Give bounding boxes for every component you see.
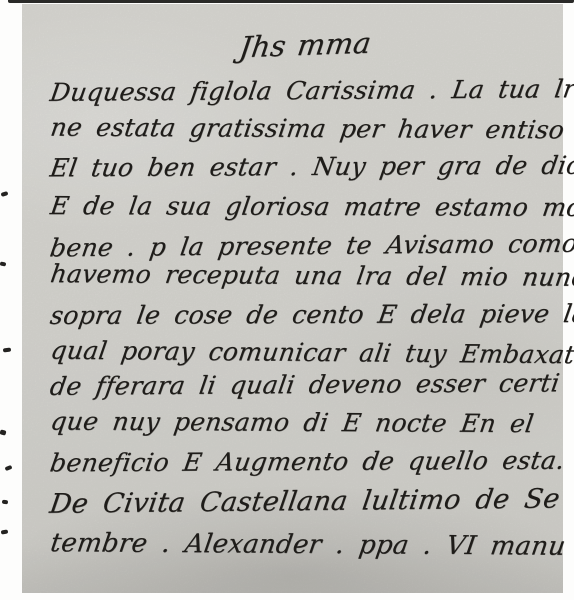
letter-line: de fferara li quali deveno esser certi [47, 368, 574, 408]
letter-line: Duquessa figlola Carissima . La tua lra [47, 74, 574, 114]
ink-speck-artifact [2, 500, 8, 505]
letter-dateline: De Civita Castellana lultimo de Se [47, 483, 574, 525]
letter-line: sopra le cose de cento E dela pieve la [47, 299, 574, 337]
letter-line: E de la sua gloriosa matre estamo molto [48, 191, 574, 229]
ink-speck-artifact [0, 429, 7, 435]
scanned-letter-photo: Jhs mma Duquessa figlola Carissima . La … [0, 0, 574, 600]
scan-edge-line [8, 0, 574, 3]
letter-line: havemo receputa una lra del mio nuncio [48, 259, 574, 299]
ink-speck-artifact [1, 191, 9, 197]
letter-line: ne estata gratissima per haver entiso [48, 113, 574, 152]
ink-speck-artifact [5, 465, 13, 471]
letter-line: beneficio E Augmento de quello esta. [47, 446, 574, 485]
ink-speck-artifact [1, 529, 9, 534]
letter-line: El tuo ben estar . Nuy per gra de dio [47, 151, 574, 190]
manuscript-paper: Jhs mma Duquessa figlola Carissima . La … [22, 4, 563, 593]
letter-signature-line: tembre . Alexander . ppa . VI manu pp [48, 528, 574, 568]
invocation-monogram: Jhs mma [237, 26, 373, 65]
ink-speck-artifact [3, 347, 11, 352]
letter-line: que nuy pensamo di E nocte En el [48, 407, 574, 446]
ink-speck-artifact [0, 262, 6, 267]
